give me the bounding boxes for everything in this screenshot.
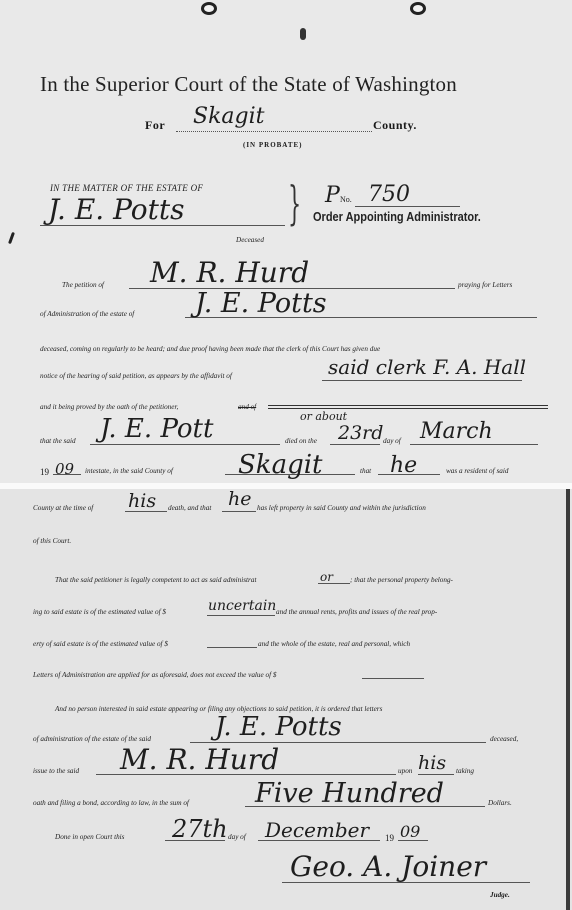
death-year[interactable]: 09 bbox=[55, 460, 74, 478]
personal-value[interactable]: uncertain bbox=[208, 598, 276, 614]
judge-signature[interactable]: Geo. A. Joiner bbox=[290, 850, 486, 883]
page-lower-scan bbox=[0, 489, 572, 910]
personal-value-line bbox=[207, 615, 275, 616]
tack-mark-icon bbox=[300, 28, 306, 40]
body-line-3: deceased, coming on regularly to be hear… bbox=[40, 345, 380, 353]
month-line bbox=[410, 444, 538, 445]
property-label: has left property in said County and wit… bbox=[257, 504, 426, 512]
pronoun-line-4 bbox=[418, 774, 454, 775]
done-month[interactable]: December bbox=[265, 818, 369, 842]
year-prefix: 19 bbox=[40, 467, 49, 477]
admin-suffix[interactable]: or bbox=[320, 570, 333, 584]
upon-label: upon bbox=[398, 767, 412, 775]
affidavit-of-value[interactable]: said clerk F. A. Hall bbox=[328, 355, 526, 379]
case-no-label: No. bbox=[340, 195, 352, 204]
bond-amount[interactable]: Five Hundred bbox=[255, 778, 444, 809]
judge-label: Judge. bbox=[490, 891, 510, 899]
estimated-value-label: ing to said estate is of the estimated v… bbox=[33, 608, 166, 616]
document-page: In the Superior Court of the State of Wa… bbox=[0, 0, 572, 910]
deceased-name-2[interactable]: J. E. Pott bbox=[100, 414, 213, 444]
done-label: Done in open Court this bbox=[55, 833, 124, 841]
strikeout-rule bbox=[268, 405, 548, 409]
probate-label: (IN PROBATE) bbox=[243, 141, 303, 149]
letters-label: Letters of Administration are applied fo… bbox=[33, 671, 276, 679]
done-day[interactable]: 27th bbox=[172, 815, 228, 843]
oath-label: and it being proved by the oath of the p… bbox=[40, 403, 178, 411]
real-value-line bbox=[207, 647, 257, 648]
personal-property-label: ; that the personal property belong- bbox=[350, 576, 453, 584]
county-value[interactable]: Skagit bbox=[193, 104, 264, 129]
praying-label: praying for Letters bbox=[458, 281, 512, 289]
admin-estate-label: of Administration of the estate of bbox=[40, 310, 134, 318]
petition-of-label: The petition of bbox=[62, 281, 104, 289]
pronoun-1[interactable]: he bbox=[390, 453, 417, 478]
county-label: County. bbox=[373, 118, 417, 133]
day-of-label-2: day of bbox=[228, 833, 246, 841]
this-court-label: of this Court. bbox=[33, 537, 71, 545]
competent-label: That the said petitioner is legally comp… bbox=[55, 576, 256, 584]
scan-edge-border bbox=[566, 489, 570, 910]
issue-to-label: issue to the said bbox=[33, 767, 79, 775]
taking-label: taking bbox=[456, 767, 474, 775]
done-year-prefix: 19 bbox=[385, 833, 394, 843]
for-label: For bbox=[145, 118, 165, 133]
pronoun-line-3 bbox=[222, 511, 256, 512]
case-prefix: P bbox=[325, 183, 340, 208]
pronoun-3[interactable]: he bbox=[228, 488, 251, 510]
estate-name-2[interactable]: J. E. Potts bbox=[215, 712, 342, 742]
county-time-label: County at the time of bbox=[33, 504, 93, 512]
done-year[interactable]: 09 bbox=[400, 822, 420, 841]
deceased-label: Deceased bbox=[236, 236, 264, 244]
death-county[interactable]: Skagit bbox=[238, 450, 322, 480]
death-day[interactable]: 23rd bbox=[338, 422, 383, 444]
case-no-value[interactable]: 750 bbox=[368, 182, 410, 207]
petitioner-name[interactable]: M. R. Hurd bbox=[150, 256, 309, 289]
caption-brace: } bbox=[288, 176, 301, 230]
real-property-label: erty of said estate is of the estimated … bbox=[33, 640, 168, 648]
struck-text: and of bbox=[238, 403, 256, 411]
that-said-label: that the said bbox=[40, 437, 76, 445]
dollars-label: Dollars. bbox=[488, 799, 512, 807]
day-of-label: day of bbox=[383, 437, 401, 445]
order-title: Order Appointing Administrator. bbox=[313, 210, 481, 224]
punch-hole-icon bbox=[201, 2, 217, 15]
total-value-line bbox=[362, 678, 424, 679]
administrator-name[interactable]: M. R. Hurd bbox=[120, 743, 279, 776]
bond-label: oath and filing a bond, according to law… bbox=[33, 799, 189, 807]
annual-rents-label: and the annual rents, profits and issues… bbox=[276, 608, 437, 616]
resident-label: was a resident of said bbox=[446, 467, 508, 475]
decedent-name[interactable]: J. E. Potts bbox=[48, 193, 185, 226]
intestate-label: intestate, in the said County of bbox=[85, 467, 173, 475]
died-label: died on the bbox=[285, 437, 317, 445]
death-and-that-label: death, and that bbox=[168, 504, 211, 512]
affidavit-line bbox=[322, 380, 522, 381]
pronoun-4[interactable]: his bbox=[418, 752, 446, 774]
death-month[interactable]: March bbox=[420, 419, 493, 444]
that-label: that bbox=[360, 467, 371, 475]
estate-name[interactable]: J. E. Potts bbox=[195, 288, 327, 319]
court-title: In the Superior Court of the State of Wa… bbox=[40, 72, 457, 97]
judge-signature-line bbox=[282, 882, 530, 883]
matter-label: IN THE MATTER OF THE ESTATE OF bbox=[50, 183, 203, 193]
admin-estate-of-label: of administration of the estate of the s… bbox=[33, 735, 151, 743]
day-line bbox=[330, 444, 380, 445]
punch-hole-icon bbox=[410, 2, 426, 15]
deceased-name-line bbox=[90, 444, 280, 445]
deceased-suffix-label: deceased, bbox=[490, 735, 518, 743]
pronoun-2[interactable]: his bbox=[128, 490, 156, 512]
county-field-line bbox=[176, 131, 372, 132]
notice-label: notice of the hearing of said petition, … bbox=[40, 372, 232, 380]
whole-estate-label: and the whole of the estate, real and pe… bbox=[258, 640, 410, 648]
decedent-line bbox=[40, 225, 285, 226]
